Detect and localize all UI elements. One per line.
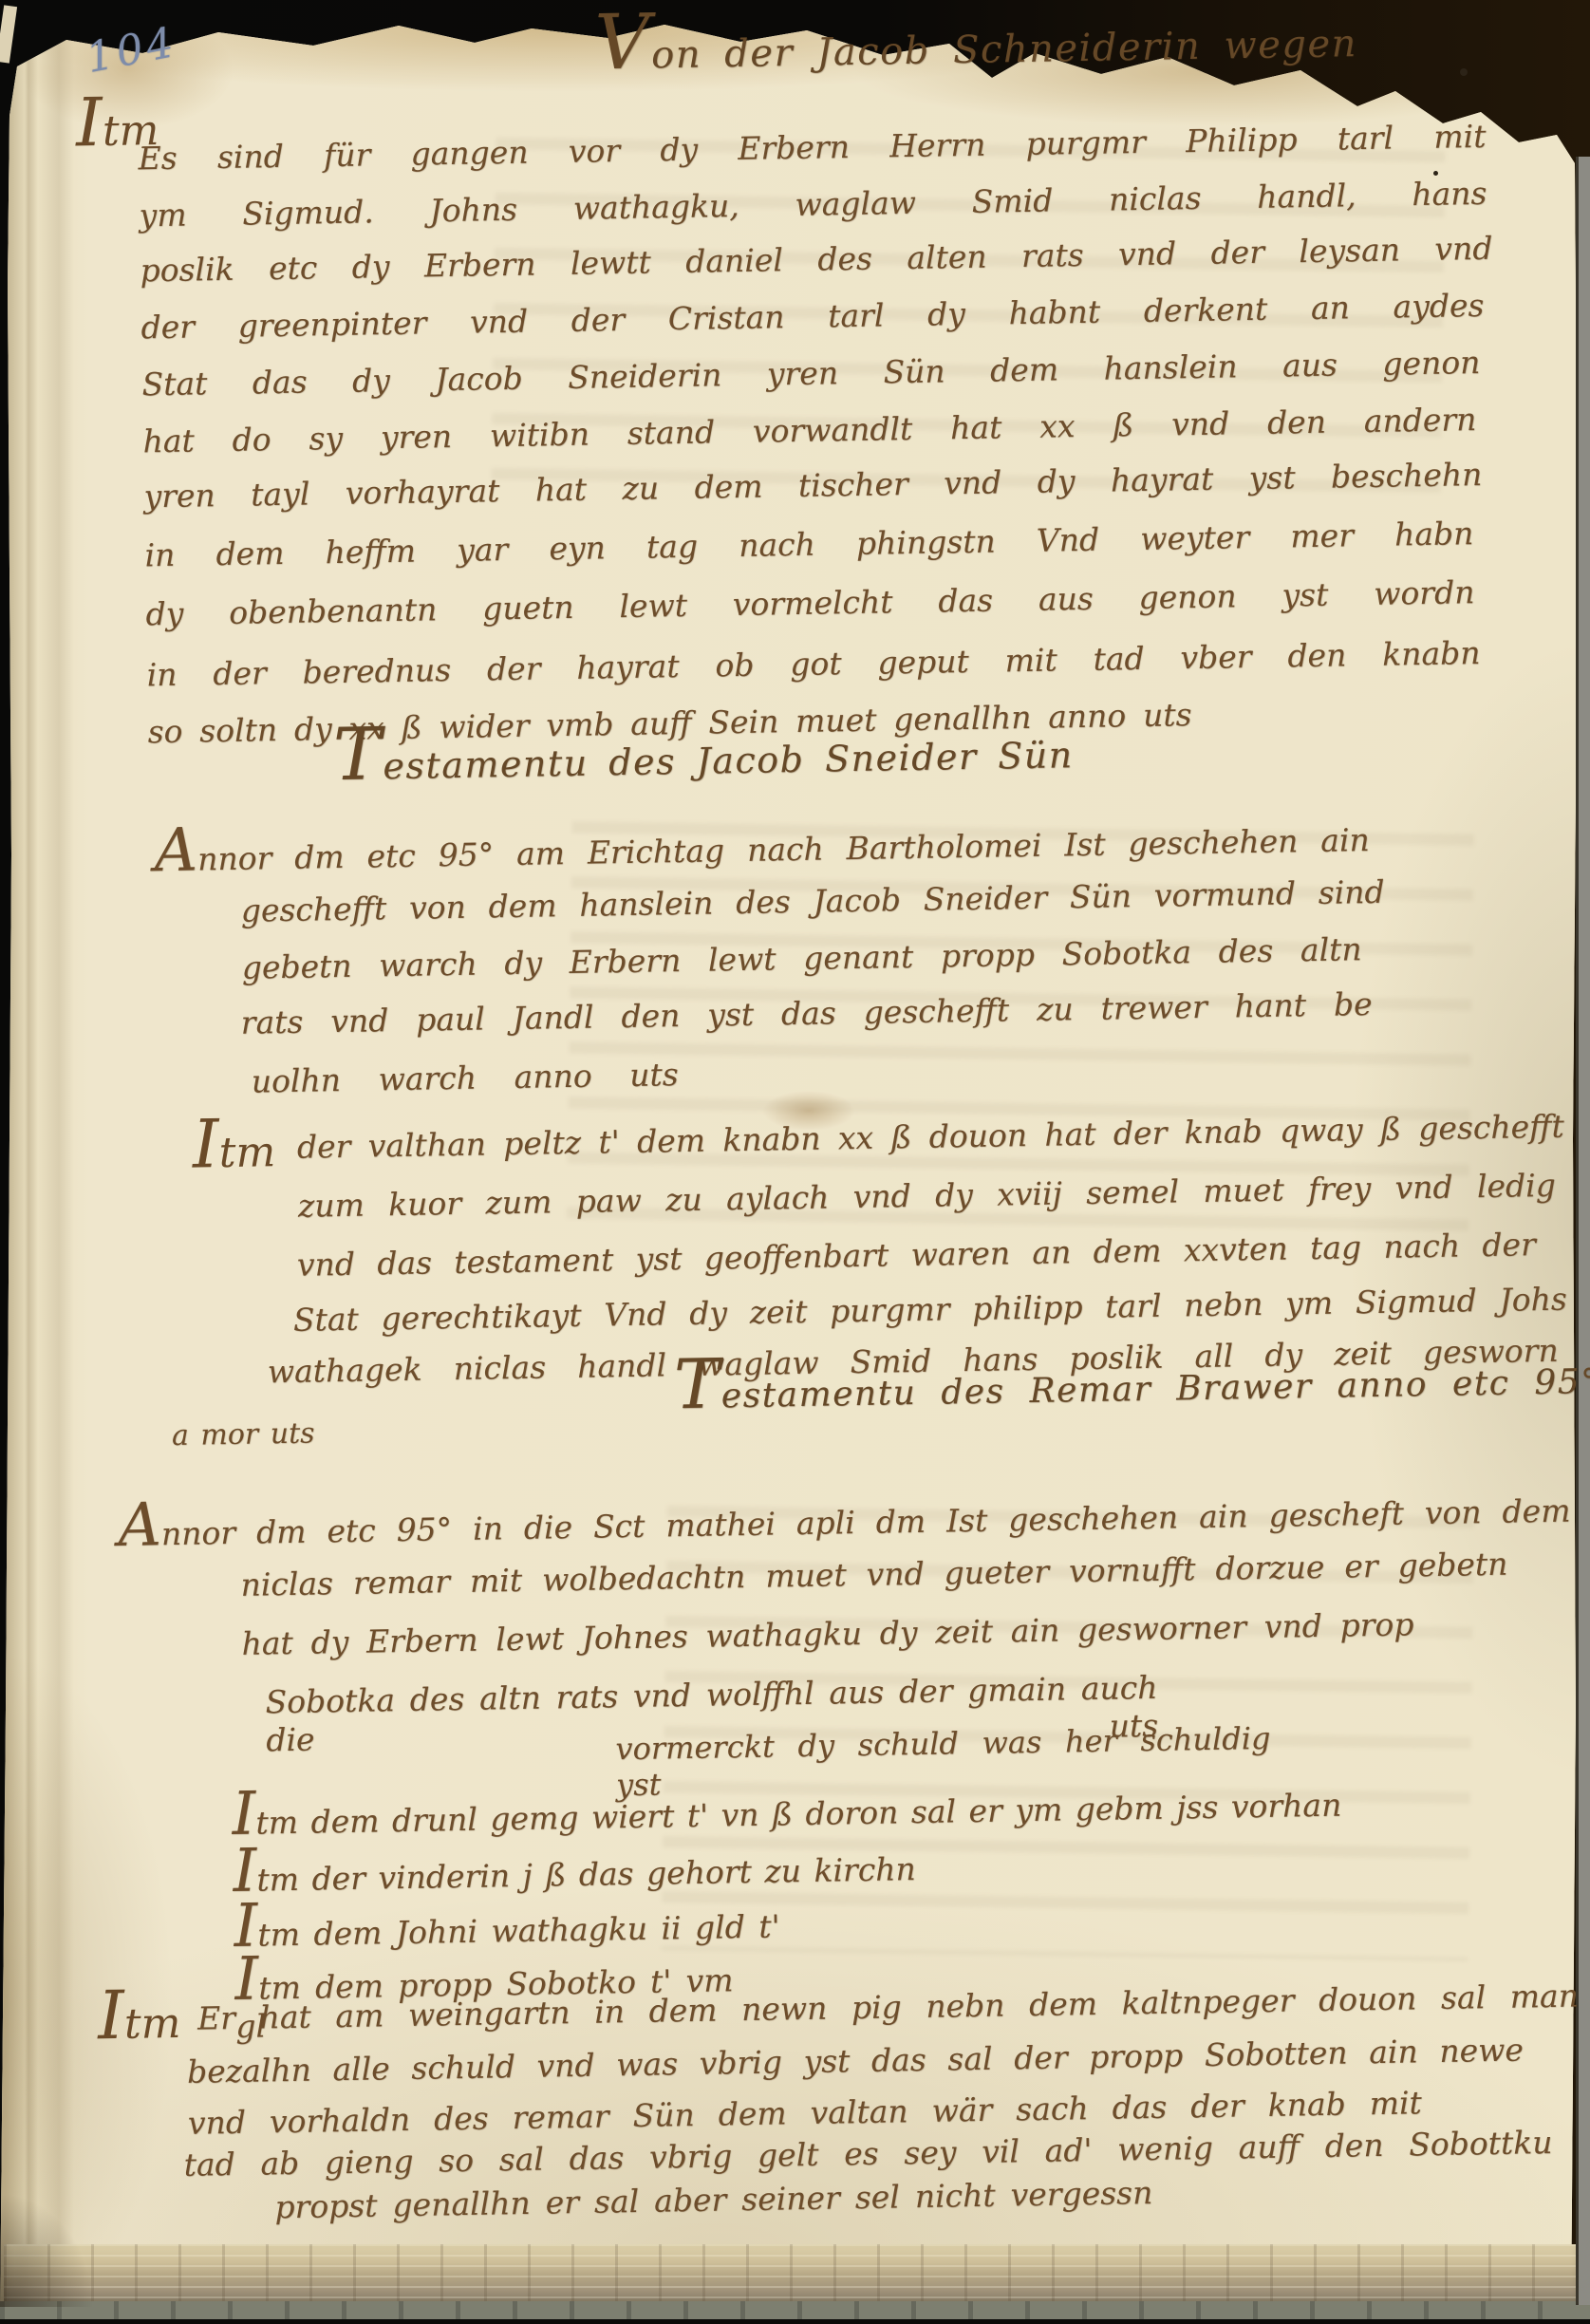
text-line: niclas remar mit wolbedachtn muet vnd gu…: [240, 1546, 1507, 1604]
marginal-initial: Itm: [192, 1123, 275, 1177]
text-line: der greenpinter vnd der Cristan tarl dy …: [140, 287, 1484, 347]
text-line: poslik etc dy Erbern lewtt daniel des al…: [140, 230, 1492, 290]
text-line: vnd das testament yst geoffenbart waren …: [297, 1226, 1536, 1284]
text-line: Stat das dy Jacob Sneiderin yren Sün dem…: [141, 344, 1480, 403]
text-line: gebetn warch dy Erbern lewt genant propp…: [241, 930, 1361, 986]
text-line: geschefft von dem hanslein des Jacob Sne…: [240, 873, 1384, 930]
text-line: Annor dm etc 95° in die Sct mathei apli …: [118, 1484, 1571, 1554]
text-line: Stat gerechtikayt Vnd dy zeit purgmr phi…: [293, 1281, 1567, 1340]
text-line: Es sind für gangen vor dy Erbern Herrn p…: [138, 118, 1486, 178]
text-line: der valthan peltz t' dem knabn xx ß douo…: [297, 1108, 1564, 1167]
text-line: hat do sy yren witibn stand vorwandlt ha…: [142, 401, 1476, 460]
text-line: yren tayl vorhayrat hat zu dem tischer v…: [143, 456, 1482, 515]
anno-note: a mor uts: [172, 1417, 315, 1453]
text-line: rats vnd paul Jandl den yst das gescheff…: [240, 985, 1372, 1041]
text-line: in der berednus der hayrat ob got geput …: [146, 634, 1480, 694]
text-line: propst genallhn er sal aber seiner sel n…: [274, 2174, 1153, 2226]
page-title: Von der Jacob Schneiderin wegen: [594, 11, 1357, 78]
debt-item: Itm dem Johni wathagku ii gld t': [234, 1899, 780, 1954]
handwritten-text-block: 104 Von der Jacob Schneiderin wegen Itm …: [0, 0, 1590, 2324]
text-line: ym Sigmud. Johns wathagku, waglaw Smid n…: [139, 175, 1487, 234]
debt-item: Itm der vinderin j ß das gehort zu kirch…: [233, 1842, 916, 1900]
text-line: Annor dm etc 95° am Erichtag nach Bartho…: [154, 813, 1370, 879]
text-line: uolhn warch anno uts: [251, 1056, 679, 1100]
folio-number: 104: [83, 18, 181, 83]
text-line: zum kuor zum paw zu aylach vnd dy xviij …: [298, 1167, 1556, 1226]
text-line: dy obenbenantn guetn lewt vormelcht das …: [145, 573, 1474, 633]
section-heading-testament-schneider: Testamentu des Jacob Sneider Sün: [333, 724, 1074, 788]
text-line: in dem heffm yar eyn tag nach phingstn V…: [144, 515, 1473, 574]
debt-item: Itm dem drunl gemg wiert t' vn ß doron s…: [232, 1777, 1376, 1843]
marginal-initial: Itm: [98, 1995, 181, 2049]
text-line: hat dy Erbern lewt Johnes wathagku dy ze…: [241, 1605, 1413, 1662]
manuscript-photo: 104 Von der Jacob Schneiderin wegen Itm …: [0, 0, 1590, 2324]
